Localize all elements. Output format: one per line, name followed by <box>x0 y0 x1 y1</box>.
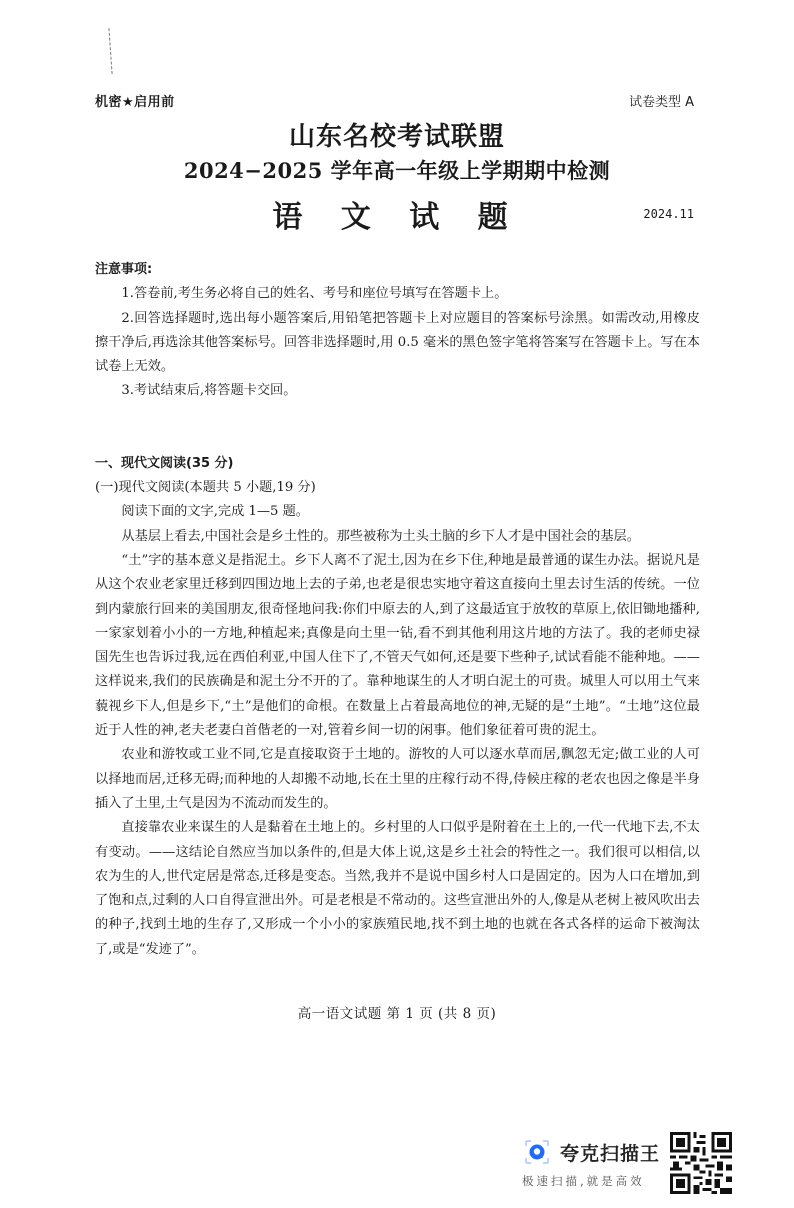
passage-paragraph: 直接靠农业来谋生的人是黏着在土地上的。乡村里的人口似乎是附着在土上的,一代一代地… <box>95 816 700 962</box>
notice-item: 1.答卷前,考生务必将自己的姓名、考号和座位号填写在答题卡上。 <box>95 282 700 306</box>
quark-scan-logo-icon <box>524 1139 550 1165</box>
exam-date: 2024.11 <box>643 207 694 221</box>
notice-title: 注意事项: <box>95 258 700 282</box>
reading-instruction: 阅读下面的文字,完成 1—5 题。 <box>95 500 700 524</box>
brand-name: 夸克扫描王 <box>560 1139 660 1166</box>
notice-item: 3.考试结束后,将答题卡交回。 <box>95 379 700 403</box>
pen-mark <box>108 28 114 74</box>
passage-paragraph: “土”字的基本意义是指泥土。乡下人离不了泥土,因为在乡下住,种地是最普通的谋生办… <box>95 549 700 743</box>
notice-item: 2.回答选择题时,选出每小题答案后,用铅笔把答题卡上对应题目的答案标号涂黑。如需… <box>95 307 700 380</box>
confidential-label: 机密★启用前 <box>95 91 175 110</box>
page-footer: 高一语文试题 第 1 页 (共 8 页) <box>0 1002 794 1022</box>
qr-code-icon <box>670 1132 732 1194</box>
org-title: 山东名校考试联盟 <box>0 116 794 153</box>
passage-paragraph: 从基层上看去,中国社会是乡土性的。那些被称为土头土脑的乡下人才是中国社会的基层。 <box>95 525 700 549</box>
passage-paragraph: 农业和游牧或工业不同,它是直接取资于土地的。游牧的人可以逐水草而居,飘忽无定;做… <box>95 743 700 816</box>
document-body: 注意事项: 1.答卷前,考生务必将自己的姓名、考号和座位号填写在答题卡上。 2.… <box>95 258 700 962</box>
exam-page: 机密★启用前 试卷类型 A 山东名校考试联盟 2024−2025 学年高一年级上… <box>0 0 794 1208</box>
section-subtitle: (一)现代文阅读(本题共 5 小题,19 分) <box>95 476 700 500</box>
exam-title: 2024−2025 学年高一年级上学期期中检测 <box>0 155 794 185</box>
section-title: 一、现代文阅读(35 分) <box>95 452 700 476</box>
paper-type-label: 试卷类型 A <box>629 91 694 110</box>
brand-slogan: 极速扫描,就是高效 <box>522 1173 645 1189</box>
